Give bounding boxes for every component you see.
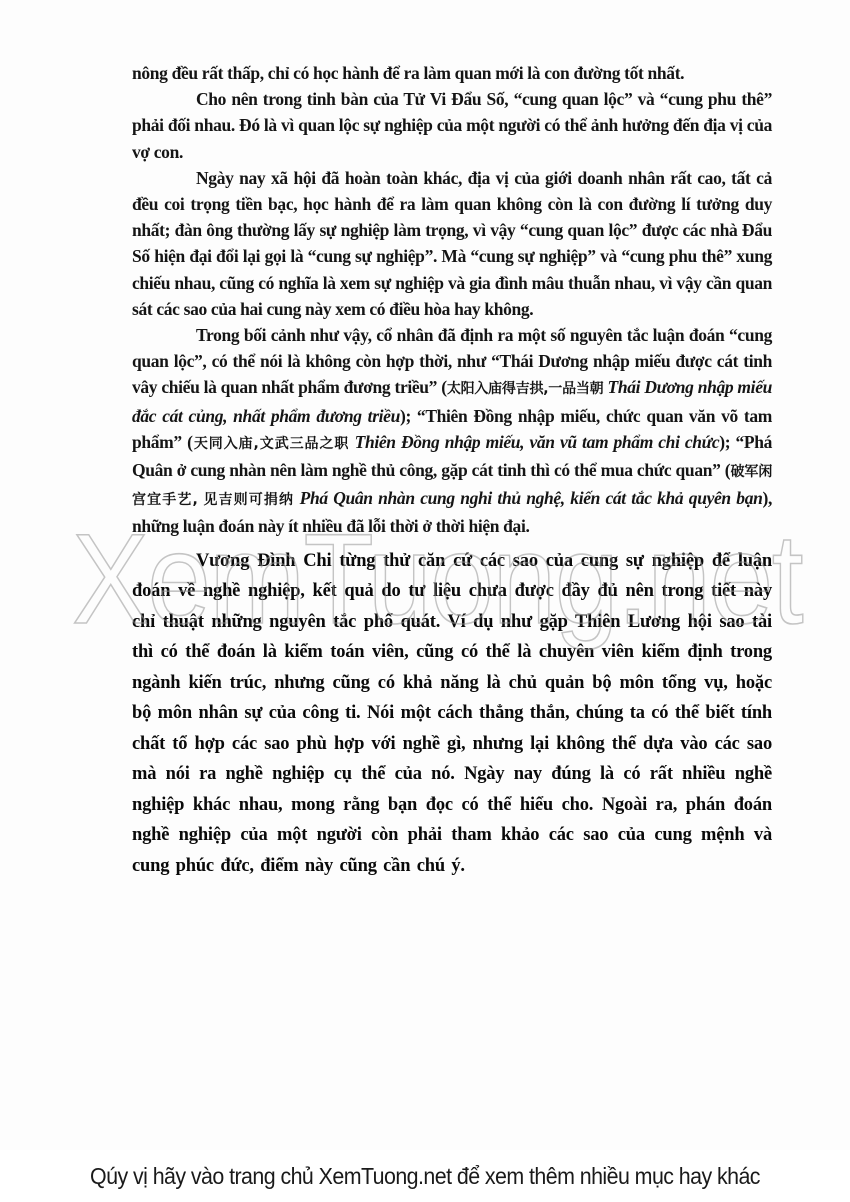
- scanned-book-page: nông đều rất thấp, chỉ có học hành để ra…: [0, 0, 850, 1150]
- paragraph-1: nông đều rất thấp, chỉ có học hành để ra…: [132, 60, 772, 86]
- chinese-quote: 天同入庙,文武三品之职: [193, 436, 350, 452]
- footer-promo: Qúy vị hãy vào trang chủ XemTuong.net để…: [30, 1150, 821, 1202]
- footer-text-before: Qúy vị hãy vào trang chủ: [90, 1163, 319, 1189]
- homepage-link[interactable]: XemTuong.net: [319, 1163, 452, 1189]
- paragraph-5: Vương Đình Chi từng thử căn cứ các sao c…: [132, 546, 772, 882]
- transliteration: Thiên Đồng nhập miếu, văn vũ tam phẩm ch…: [349, 432, 719, 452]
- chinese-quote: 太阳入庙得吉拱,一品当朝: [447, 381, 604, 397]
- transliteration: Phá Quân nhàn cung nghi thủ nghệ, kiến c…: [294, 488, 762, 508]
- paragraph-4: Trong bối cảnh như vậy, cổ nhân đã định …: [132, 322, 772, 540]
- paragraph-3: Ngày nay xã hội đã hoàn toàn khác, địa v…: [132, 165, 772, 322]
- body-text: nông đều rất thấp, chỉ có học hành để ra…: [132, 60, 772, 881]
- footer-text-after: để xem thêm nhiều mục hay khác: [451, 1163, 759, 1189]
- paragraph-2: Cho nên trong tinh bàn của Tử Vi Đẩu Số,…: [132, 86, 772, 165]
